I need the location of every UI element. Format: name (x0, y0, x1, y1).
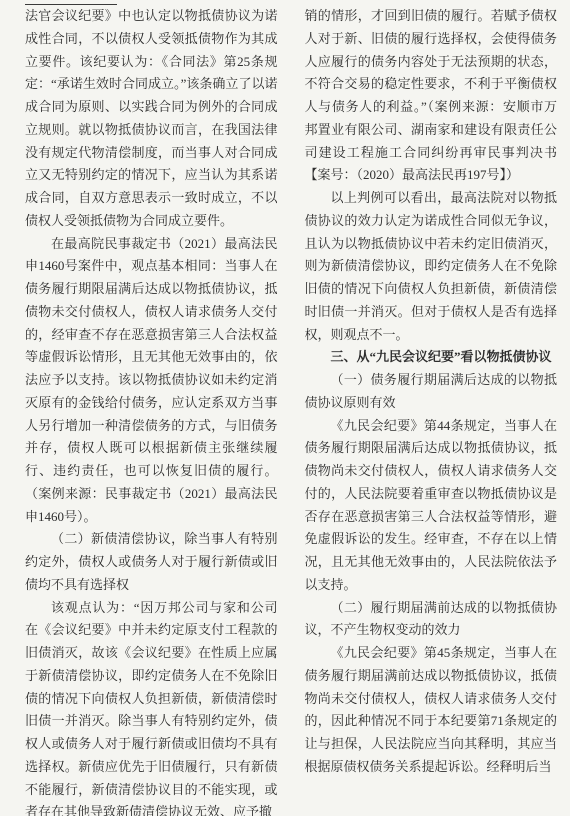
two-column-text-area: 法官会议纪要》中也认定以物抵债协议为诺成性合同，不以债权人受领抵债物作为其成立要… (25, 5, 557, 816)
document-page: 法官会议纪要》中也认定以物抵债协议为诺成性合同，不以债权人受领抵债物作为其成立要… (0, 0, 570, 816)
paragraph-continuation: 销的情形，才回到旧债的履行。若赋予债权人对于新、旧债的履行选择权，会使得债务人应… (305, 5, 558, 187)
section-heading: 三、从“九民会议纪要”看以物抵债协议 (305, 346, 558, 369)
paragraph: 《九民会纪要》第44条规定，当事人在债务履行期限届满后达成以物抵债协议，抵债物尚… (305, 415, 558, 597)
paragraph: 以上判例可以看出，最高法院对以物抵债协议的效力认定为诺成性合同似无争议，且认为以… (305, 187, 558, 346)
paragraph-continuation: 法官会议纪要》中也认定以物抵债协议为诺成性合同，不以债权人受领抵债物作为其成立要… (25, 5, 278, 233)
subheading-item-2: （二）履行期届满前达成的以物抵债协议，不产生物权变动的效力 (305, 597, 558, 643)
paragraph: 在最高院民事裁定书（2021）最高法民申1460号案件中，观点基本相同：当事人在… (25, 233, 278, 529)
paragraph: 《九民会纪要》第45条规定，当事人在债务履行期届满前达成以物抵债协议，抵债物尚未… (305, 642, 558, 779)
paragraph: 该观点认为：“因万邦公司与家和公司在《会议纪要》中并未约定原支付工程款的旧债消灭… (25, 597, 278, 816)
left-column: 法官会议纪要》中也认定以物抵债协议为诺成性合同，不以债权人受领抵债物作为其成立要… (25, 5, 278, 816)
subheading-item-1: （一）债务履行期届满后达成的以物抵债协议原则有效 (305, 369, 558, 415)
subheading-item-2: （二）新债清偿协议，除当事人有特别约定外，债权人或债务人对于履行新债或旧债均不具… (25, 528, 278, 596)
right-column: 销的情形，才回到旧债的履行。若赋予债权人对于新、旧债的履行选择权，会使得债务人应… (305, 5, 558, 816)
